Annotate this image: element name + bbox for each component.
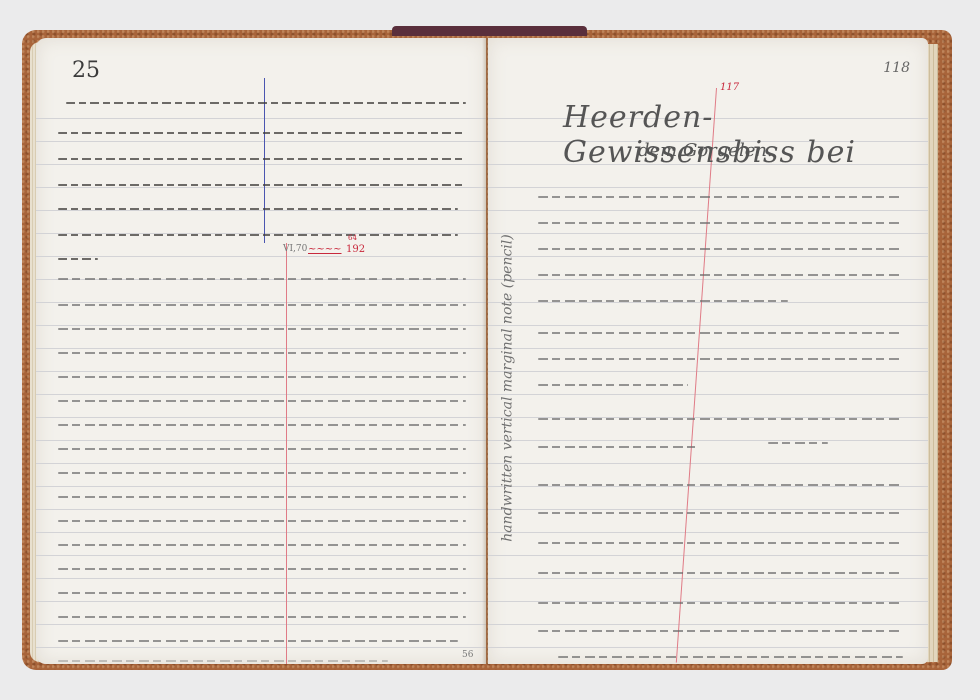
handwritten-line [58, 592, 466, 594]
red-margin-line [286, 243, 287, 664]
handwritten-line [66, 102, 466, 104]
handwritten-line [58, 616, 466, 618]
handwritten-line [538, 274, 903, 276]
red-annotation-number: 117 [720, 82, 739, 93]
ruled-lines [488, 96, 928, 650]
handwritten-line [558, 656, 903, 658]
handwritten-line [58, 184, 466, 186]
handwritten-line [58, 158, 466, 160]
handwritten-line [538, 630, 903, 632]
handwritten-line [58, 304, 466, 306]
handwritten-line [58, 376, 466, 378]
red-annotation: ~~~~ [308, 244, 342, 255]
vertical-margin-note: handwritten vertical marginal note (penc… [490, 118, 526, 658]
handwritten-line [538, 248, 903, 250]
handwritten-line [538, 512, 903, 514]
handwritten-line [58, 400, 466, 402]
handwritten-line [538, 222, 903, 224]
handwritten-line [538, 358, 903, 360]
book-spine [392, 26, 587, 36]
handwritten-line [58, 568, 466, 570]
handwritten-line [58, 278, 466, 280]
page-subtitle: dem Gorgelen. [638, 140, 773, 161]
handwritten-line [58, 258, 98, 260]
handwritten-line [538, 572, 903, 574]
right-page: handwritten vertical marginal note (penc… [488, 38, 928, 664]
handwritten-line [538, 196, 903, 198]
page-number: 25 [72, 58, 100, 83]
handwritten-line [58, 208, 458, 210]
handwritten-line [58, 520, 466, 522]
handwritten-line [538, 300, 788, 302]
notebook: 25 VI,70 ~~~~ 192 64 [22, 30, 952, 670]
handwritten-line [538, 446, 698, 448]
handwritten-line [58, 544, 466, 546]
handwritten-line [58, 132, 466, 134]
handwritten-line [538, 384, 688, 386]
ruled-lines [36, 96, 486, 650]
handwritten-line [538, 418, 903, 420]
handwritten-line [58, 234, 458, 236]
handwritten-line [538, 332, 903, 334]
handwritten-line [58, 640, 458, 642]
handwritten-line [58, 448, 466, 450]
roman-reference: VI,70 [283, 244, 307, 254]
handwritten-line [58, 424, 466, 426]
handwritten-line [58, 660, 388, 662]
red-annotation-number: 192 [346, 244, 365, 255]
handwritten-line [58, 496, 466, 498]
handwritten-line [538, 602, 903, 604]
handwritten-line [768, 442, 828, 444]
corner-page-number: 56 [462, 650, 473, 660]
handwritten-line [58, 472, 466, 474]
handwritten-line [58, 328, 466, 330]
handwritten-line [538, 484, 903, 486]
page-number: 118 [883, 60, 910, 76]
left-page: 25 VI,70 ~~~~ 192 64 [36, 38, 486, 664]
red-annotation-superscript: 64 [348, 234, 357, 242]
handwritten-line [58, 352, 466, 354]
handwritten-line [538, 542, 903, 544]
